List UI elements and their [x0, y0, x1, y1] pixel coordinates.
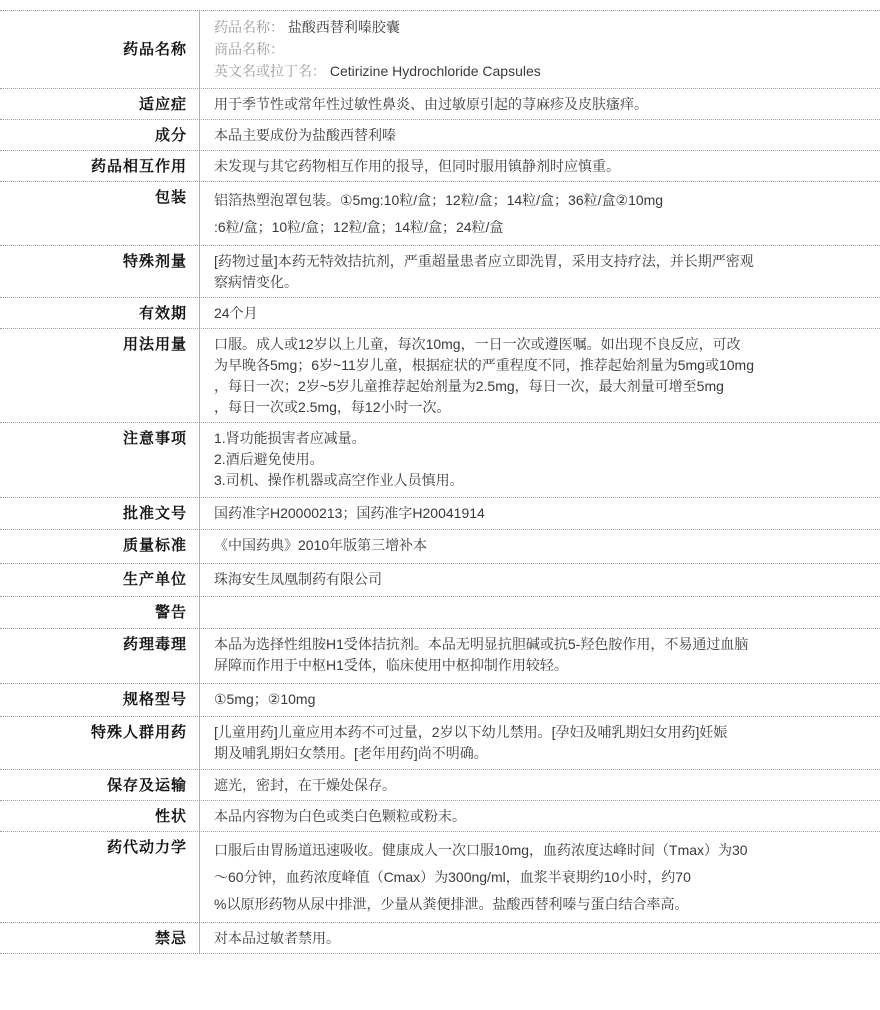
field-value: Cetirizine Hydrochloride Capsules — [330, 63, 541, 79]
field-english-name: 英文名或拉丁名： Cetirizine Hydrochloride Capsul… — [214, 60, 864, 82]
row-label: 有效期 — [139, 304, 187, 324]
table-row-indications: 适应症 用于季节性或常年性过敏性鼻炎、由过敏原引起的荨麻疹及皮肤瘙痒。 — [0, 88, 880, 119]
row-label: 药品名称 — [123, 40, 187, 60]
row-label: 用法用量 — [123, 335, 187, 355]
row-label-cell: 特殊剂量 — [0, 246, 200, 297]
row-value: 遮光，密封，在干燥处保存。 — [214, 775, 864, 796]
row-label-cell: 药理毒理 — [0, 629, 200, 683]
row-label-cell: 规格型号 — [0, 684, 200, 716]
row-value-cell: 遮光，密封，在干燥处保存。 — [200, 770, 880, 800]
table-row-approval-number: 批准文号 国药准字H20000213；国药准字H20041914 — [0, 497, 880, 529]
field-value: 盐酸西替利嗪胶囊 — [288, 19, 400, 35]
row-value: [药物过量]本药无特效拮抗剂，严重超量患者应立即洗胃，采用支持疗法，并长期严密观… — [214, 251, 864, 293]
row-label: 质量标准 — [123, 536, 187, 556]
row-label: 药品相互作用 — [91, 157, 187, 177]
row-label: 性状 — [155, 807, 187, 827]
row-label: 保存及运输 — [107, 776, 187, 796]
table-row-dosage-administration: 用法用量 口服。成人或12岁以上儿童，每次10mg，一日一次或遵医嘱。如出现不良… — [0, 328, 880, 422]
row-label: 药理毒理 — [123, 635, 187, 655]
row-value: 本品为选择性组胺H1受体拮抗剂。本品无明显抗胆碱或抗5-羟色胺作用，不易通过血脑… — [214, 634, 864, 676]
table-row-packaging: 包装 铝箔热塑泡罩包装。①5mg:10粒/盒；12粒/盒；14粒/盒；36粒/盒… — [0, 181, 880, 245]
row-value-cell: 铝箔热塑泡罩包装。①5mg:10粒/盒；12粒/盒；14粒/盒；36粒/盒②10… — [200, 182, 880, 245]
row-value: [儿童用药]儿童应用本药不可过量，2岁以下幼儿禁用。[孕妇及哺乳期妇女用药]妊娠… — [214, 722, 864, 764]
row-value: 珠海安生凤凰制药有限公司 — [214, 569, 864, 590]
row-value-cell: ①5mg；②10mg — [200, 684, 880, 716]
field-key: 英文名或拉丁名： — [214, 63, 326, 79]
row-value-cell: 用于季节性或常年性过敏性鼻炎、由过敏原引起的荨麻疹及皮肤瘙痒。 — [200, 89, 880, 119]
row-value-cell: 口服后由胃肠道迅速吸收。健康成人一次口服10mg，血药浓度达峰时间（Tmax）为… — [200, 832, 880, 922]
row-value-cell: 珠海安生凤凰制药有限公司 — [200, 564, 880, 596]
row-label-cell: 警告 — [0, 597, 200, 628]
field-key: 商品名称： — [214, 41, 284, 57]
row-value: 24个月 — [214, 303, 864, 324]
row-label: 规格型号 — [123, 690, 187, 710]
table-row-pharmacology-toxicology: 药理毒理 本品为选择性组胺H1受体拮抗剂。本品无明显抗胆碱或抗5-羟色胺作用，不… — [0, 628, 880, 683]
row-value: 口服后由胃肠道迅速吸收。健康成人一次口服10mg，血药浓度达峰时间（Tmax）为… — [214, 837, 864, 918]
row-value: 本品内容物为白色或类白色颗粒或粉末。 — [214, 806, 864, 827]
table-row-special-dosage: 特殊剂量 [药物过量]本药无特效拮抗剂，严重超量患者应立即洗胃，采用支持疗法，并… — [0, 245, 880, 297]
row-value-cell: 未发现与其它药物相互作用的报导，但同时服用镇静剂时应慎重。 — [200, 151, 880, 181]
row-value: 对本品过敏者禁用。 — [214, 928, 864, 949]
row-value: 口服。成人或12岁以上儿童，每次10mg，一日一次或遵医嘱。如出现不良反应，可改… — [214, 334, 864, 418]
row-value-cell — [200, 597, 880, 628]
row-value-cell: [药物过量]本药无特效拮抗剂，严重超量患者应立即洗胃，采用支持疗法，并长期严密观… — [200, 246, 880, 297]
table-row-quality-standard: 质量标准 《中国药典》2010年版第三增补本 — [0, 529, 880, 563]
row-label-cell: 批准文号 — [0, 498, 200, 529]
row-label-cell: 有效期 — [0, 298, 200, 328]
row-value: ①5mg；②10mg — [214, 689, 864, 710]
drug-info-table: 药品名称 药品名称： 盐酸西替利嗪胶囊 商品名称： 英文名或拉丁名： Cetir… — [0, 10, 880, 954]
table-row-special-populations: 特殊人群用药 [儿童用药]儿童应用本药不可过量，2岁以下幼儿禁用。[孕妇及哺乳期… — [0, 716, 880, 769]
row-label-cell: 成分 — [0, 120, 200, 150]
row-label: 注意事项 — [123, 429, 187, 449]
row-label-cell: 药品相互作用 — [0, 151, 200, 181]
row-value-cell: 本品主要成份为盐酸西替利嗪 — [200, 120, 880, 150]
row-label-cell: 保存及运输 — [0, 770, 200, 800]
table-row-warning: 警告 — [0, 596, 880, 628]
row-label: 药代动力学 — [107, 838, 187, 858]
row-value-cell: 口服。成人或12岁以上儿童，每次10mg，一日一次或遵医嘱。如出现不良反应，可改… — [200, 329, 880, 422]
row-value-cell: 药品名称： 盐酸西替利嗪胶囊 商品名称： 英文名或拉丁名： Cetirizine… — [200, 11, 880, 88]
row-label-cell: 包装 — [0, 182, 200, 245]
row-label-cell: 药代动力学 — [0, 832, 200, 922]
row-value: 铝箔热塑泡罩包装。①5mg:10粒/盒；12粒/盒；14粒/盒；36粒/盒②10… — [214, 187, 864, 241]
row-label: 生产单位 — [123, 570, 187, 590]
row-label-cell: 用法用量 — [0, 329, 200, 422]
table-row-specification: 规格型号 ①5mg；②10mg — [0, 683, 880, 716]
table-row-description: 性状 本品内容物为白色或类白色颗粒或粉末。 — [0, 800, 880, 831]
row-label-cell: 质量标准 — [0, 530, 200, 563]
row-label-cell: 生产单位 — [0, 564, 200, 596]
row-value-cell: 本品为选择性组胺H1受体拮抗剂。本品无明显抗胆碱或抗5-羟色胺作用，不易通过血脑… — [200, 629, 880, 683]
table-row-composition: 成分 本品主要成份为盐酸西替利嗪 — [0, 119, 880, 150]
table-row-storage-transport: 保存及运输 遮光，密封，在干燥处保存。 — [0, 769, 880, 800]
row-label: 成分 — [155, 126, 187, 146]
row-label: 包装 — [155, 188, 187, 208]
row-value: 本品主要成份为盐酸西替利嗪 — [214, 125, 864, 146]
row-label: 警告 — [155, 603, 187, 623]
row-value-cell: 国药准字H20000213；国药准字H20041914 — [200, 498, 880, 529]
field-trade-name: 商品名称： — [214, 38, 864, 60]
row-value-cell: 《中国药典》2010年版第三增补本 — [200, 530, 880, 563]
field-key: 药品名称： — [214, 19, 284, 35]
row-value-cell: 1.肾功能损害者应减量。 2.酒后避免使用。 3.司机、操作机器或高空作业人员慎… — [200, 423, 880, 497]
row-label-cell: 性状 — [0, 801, 200, 831]
row-value-cell: 对本品过敏者禁用。 — [200, 923, 880, 953]
row-value: 1.肾功能损害者应减量。 2.酒后避免使用。 3.司机、操作机器或高空作业人员慎… — [214, 428, 864, 491]
row-value-cell: 本品内容物为白色或类白色颗粒或粉末。 — [200, 801, 880, 831]
table-row-manufacturer: 生产单位 珠海安生凤凰制药有限公司 — [0, 563, 880, 596]
row-value-cell: 24个月 — [200, 298, 880, 328]
row-label-cell: 适应症 — [0, 89, 200, 119]
table-row-precautions: 注意事项 1.肾功能损害者应减量。 2.酒后避免使用。 3.司机、操作机器或高空… — [0, 422, 880, 497]
table-row-drug-name: 药品名称 药品名称： 盐酸西替利嗪胶囊 商品名称： 英文名或拉丁名： Cetir… — [0, 10, 880, 88]
table-row-drug-interactions: 药品相互作用 未发现与其它药物相互作用的报导，但同时服用镇静剂时应慎重。 — [0, 150, 880, 181]
row-value: 用于季节性或常年性过敏性鼻炎、由过敏原引起的荨麻疹及皮肤瘙痒。 — [214, 94, 864, 115]
row-label-cell: 注意事项 — [0, 423, 200, 497]
row-label: 适应症 — [139, 95, 187, 115]
row-label: 禁忌 — [155, 929, 187, 949]
row-value: 未发现与其它药物相互作用的报导，但同时服用镇静剂时应慎重。 — [214, 156, 864, 177]
table-row-shelf-life: 有效期 24个月 — [0, 297, 880, 328]
row-value-cell: [儿童用药]儿童应用本药不可过量，2岁以下幼儿禁用。[孕妇及哺乳期妇女用药]妊娠… — [200, 717, 880, 769]
row-value: 国药准字H20000213；国药准字H20041914 — [214, 503, 864, 524]
row-label: 特殊剂量 — [123, 252, 187, 272]
table-row-contraindications: 禁忌 对本品过敏者禁用。 — [0, 922, 880, 953]
row-value: 《中国药典》2010年版第三增补本 — [214, 535, 864, 556]
row-label: 批准文号 — [123, 504, 187, 524]
table-row-pharmacokinetics: 药代动力学 口服后由胃肠道迅速吸收。健康成人一次口服10mg，血药浓度达峰时间（… — [0, 831, 880, 922]
row-label: 特殊人群用药 — [91, 723, 187, 743]
field-generic-name: 药品名称： 盐酸西替利嗪胶囊 — [214, 16, 864, 38]
row-label-cell: 禁忌 — [0, 923, 200, 953]
row-label-cell: 特殊人群用药 — [0, 717, 200, 769]
row-label-cell: 药品名称 — [0, 11, 200, 88]
